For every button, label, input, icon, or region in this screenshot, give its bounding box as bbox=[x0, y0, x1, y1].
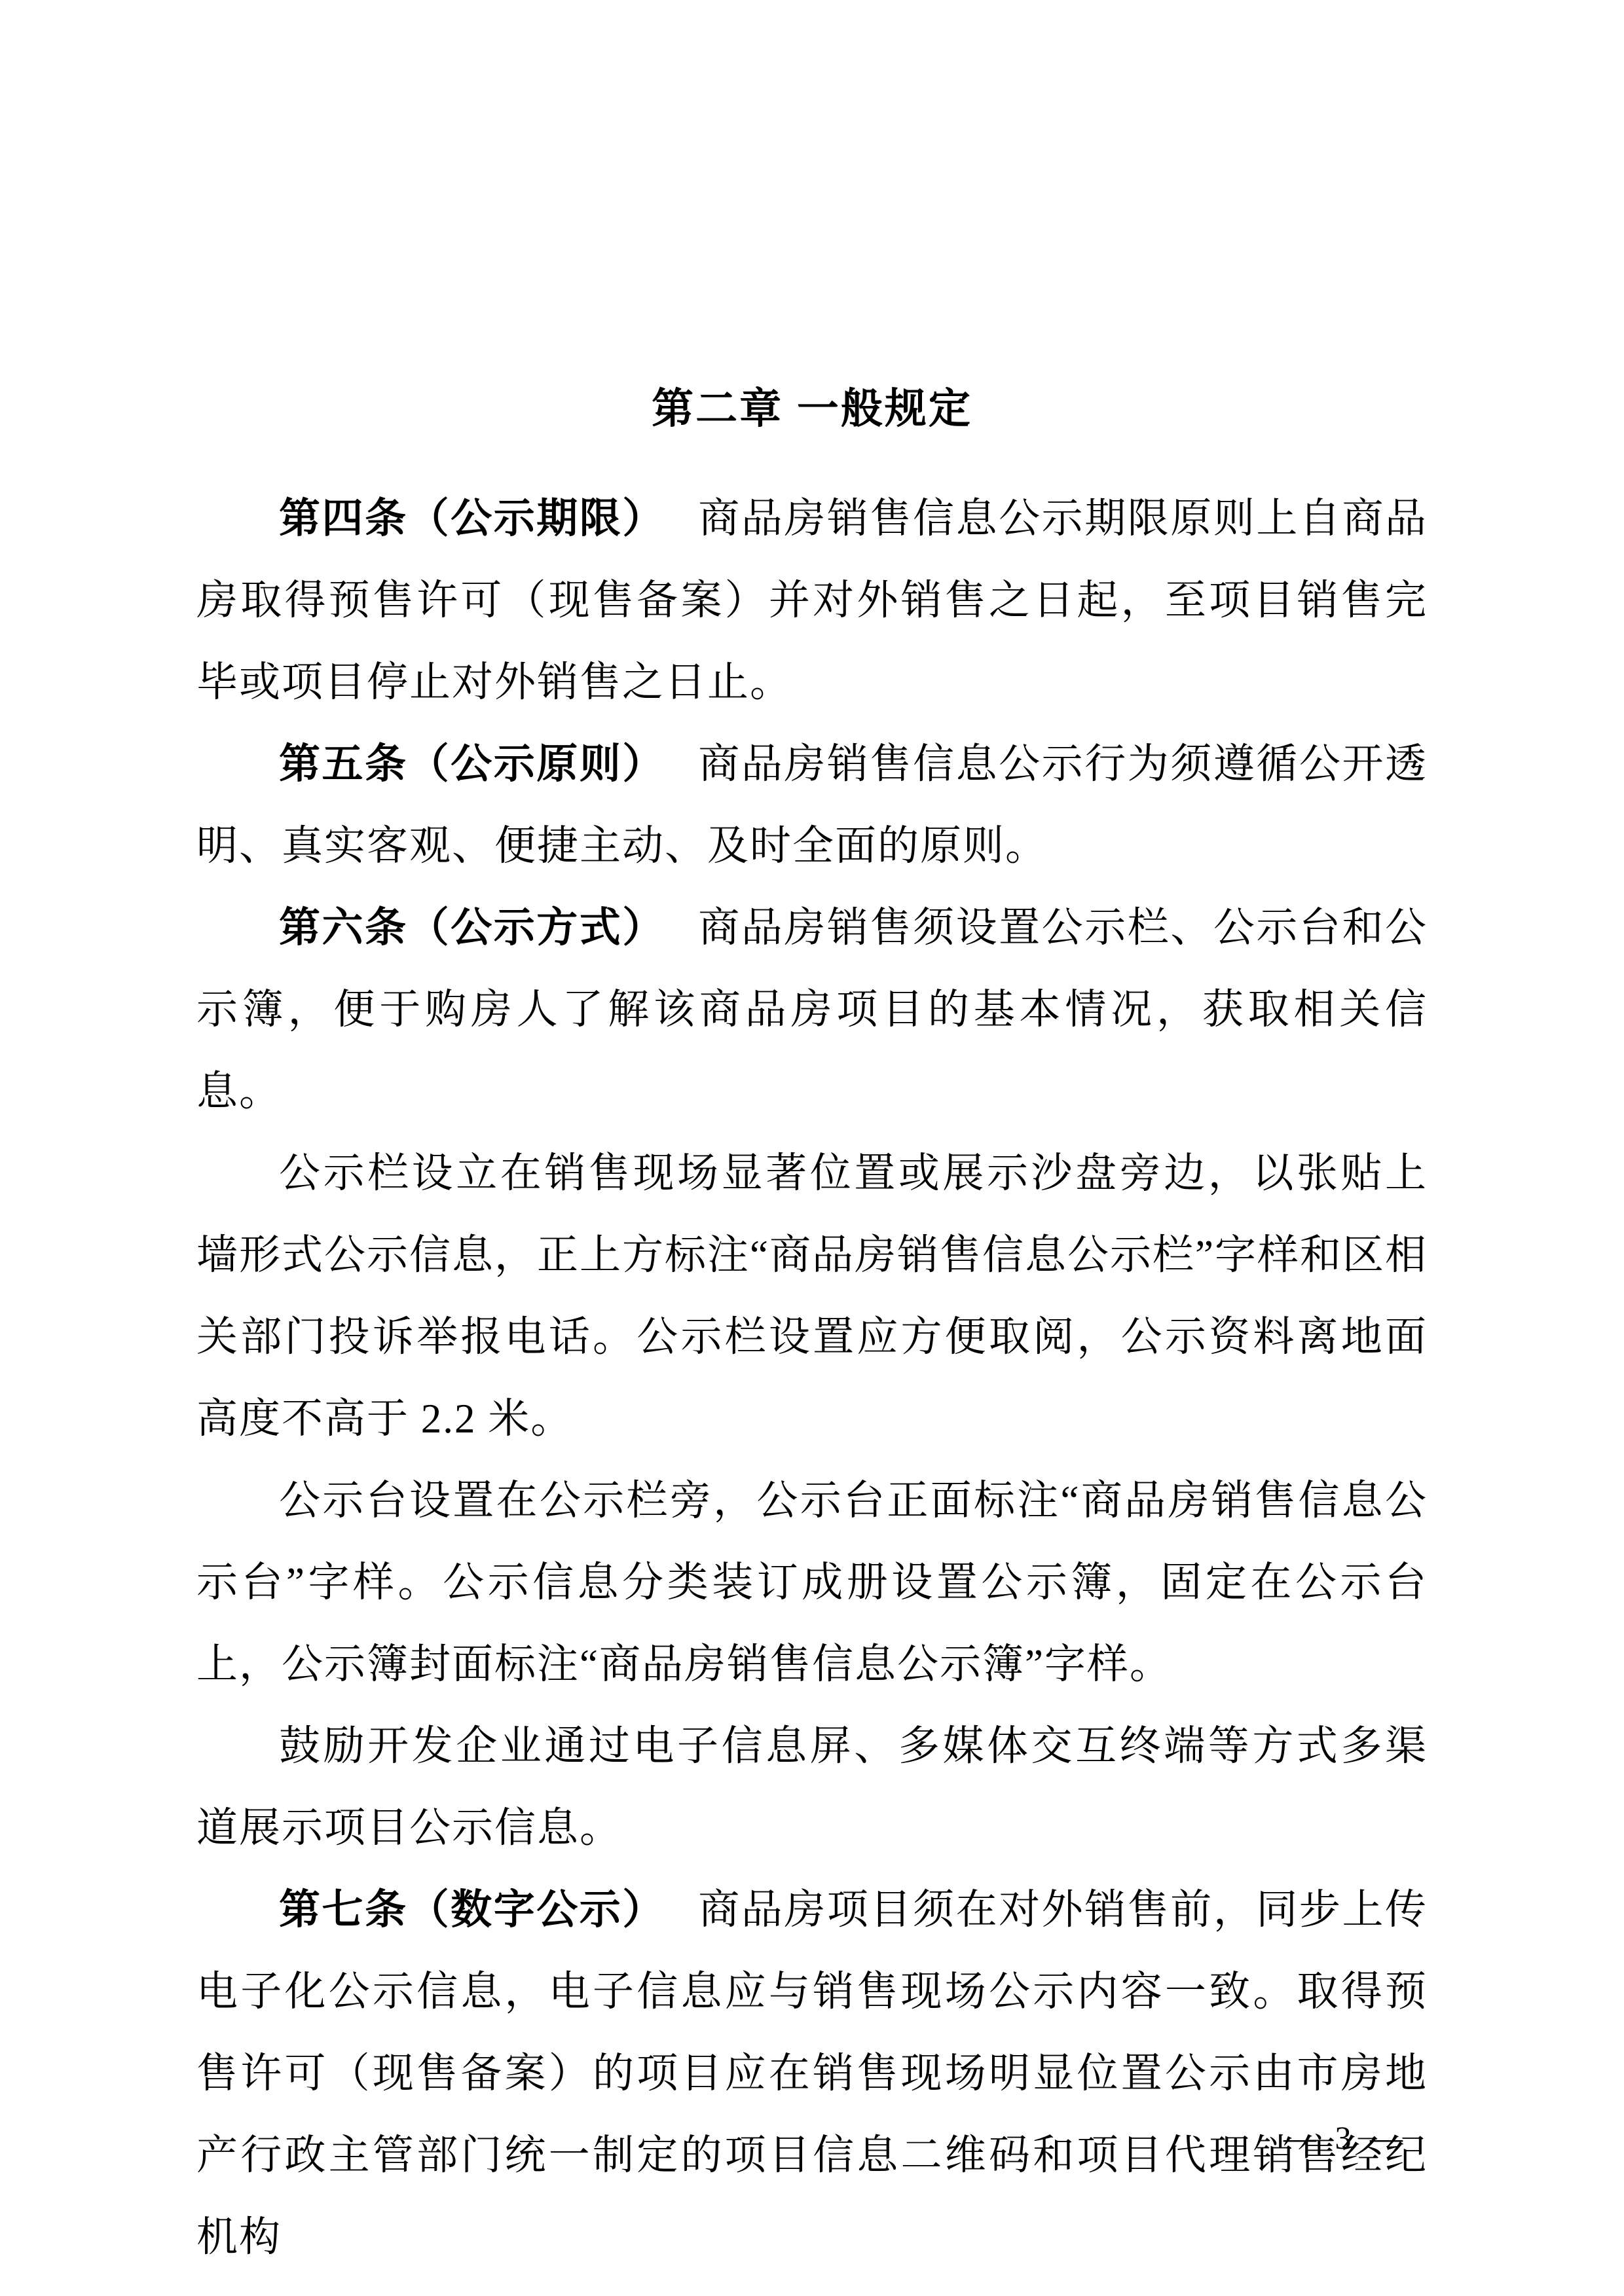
paragraph-encourage-digital: 鼓励开发企业通过电子信息屏、多媒体交互终端等方式多渠道展示项目公示信息。 bbox=[196, 1705, 1428, 1869]
paragraph-bulletin-board-text: 公示栏设立在销售现场显著位置或展示沙盘旁边，以张贴上墙形式公示信息，正上方标注“… bbox=[196, 1150, 1428, 1442]
paragraph-encourage-digital-text: 鼓励开发企业通过电子信息屏、多媒体交互终端等方式多渠道展示项目公示信息。 bbox=[196, 1723, 1428, 1851]
document-body: 第二章 一般规定 第四条（公示期限）商品房销售信息公示期限原则上自商品房取得预售… bbox=[196, 367, 1428, 2278]
article-5-heading: 第五条（公示原则） bbox=[279, 741, 665, 787]
chapter-title: 第二章 一般规定 bbox=[196, 367, 1428, 450]
paragraph-article-7: 第七条（数字公示）商品房项目须在对外销售前，同步上传电子化公示信息，电子信息应与… bbox=[196, 1869, 1428, 2278]
page-number: — 3 — bbox=[1283, 2113, 1408, 2162]
paragraph-article-6: 第六条（公示方式）商品房销售须设置公示栏、公示台和公示簿，便于购房人了解该商品房… bbox=[196, 887, 1428, 1133]
paragraph-bulletin-board: 公示栏设立在销售现场显著位置或展示沙盘旁边，以张贴上墙形式公示信息，正上方标注“… bbox=[196, 1133, 1428, 1460]
paragraph-article-4: 第四条（公示期限）商品房销售信息公示期限原则上自商品房取得预售许可（现售备案）并… bbox=[196, 478, 1428, 723]
article-4-heading: 第四条（公示期限） bbox=[279, 496, 665, 541]
article-7-text: 商品房项目须在对外销售前，同步上传电子化公示信息，电子信息应与销售现场公示内容一… bbox=[196, 1887, 1428, 2260]
article-7-heading: 第七条（数字公示） bbox=[279, 1887, 665, 1933]
article-6-heading: 第六条（公示方式） bbox=[279, 905, 665, 951]
paragraph-display-desk: 公示台设置在公示栏旁，公示台正面标注“商品房销售信息公示台”字样。公示信息分类装… bbox=[196, 1460, 1428, 1705]
paragraph-display-desk-text: 公示台设置在公示栏旁，公示台正面标注“商品房销售信息公示台”字样。公示信息分类装… bbox=[196, 1478, 1428, 1687]
document-page: 第二章 一般规定 第四条（公示期限）商品房销售信息公示期限原则上自商品房取得预售… bbox=[0, 0, 1624, 2296]
paragraph-article-5: 第五条（公示原则）商品房销售信息公示行为须遵循公开透明、真实客观、便捷主动、及时… bbox=[196, 723, 1428, 887]
